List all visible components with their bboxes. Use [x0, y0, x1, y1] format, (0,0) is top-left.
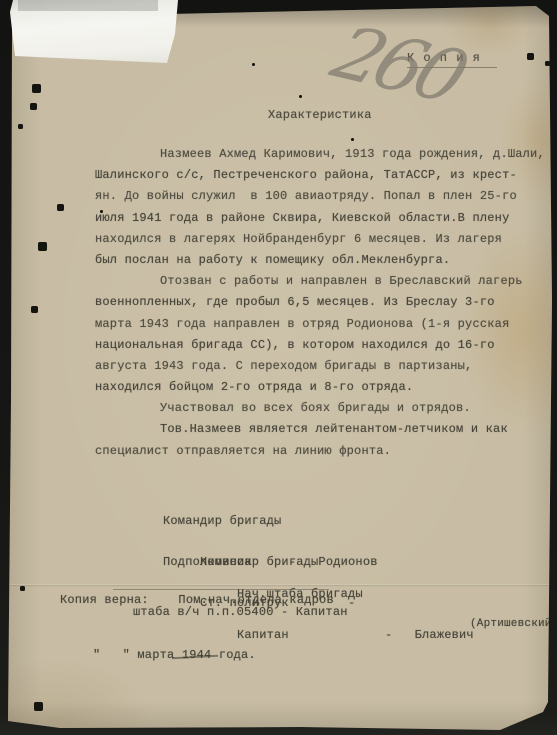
document-text-line: Отозван с работы и направлен в Бреславск…: [95, 274, 535, 295]
paper-holes-and-specks: [0, 0, 1, 1]
document-text-line: находился в лагерях Нойбранденбург 6 мес…: [95, 232, 535, 253]
signature-role: Командир бригады: [163, 514, 378, 527]
paper-sheet: К о п и я Характеристика Назмеев Ахмед К…: [0, 0, 557, 735]
document-text-line: был послан на работу к помещику обл.Мекл…: [95, 253, 535, 274]
document-text-line: специалист отправляется на линию фронта.: [95, 444, 535, 465]
document-text-line: ян. До войны служил в 100 авиаотряду. По…: [95, 189, 535, 210]
document-title: Характеристика: [268, 108, 372, 122]
document-text-line: военнопленных, где пробыл 6,5 месяцев. И…: [95, 295, 535, 316]
document-text-line: марта 1943 года направлен в отряд Родион…: [95, 317, 535, 338]
document-text-line: национальная бригада СС), в котором нахо…: [95, 338, 535, 359]
document-text-line: находился бойцом 2-го отряда и 8-го отря…: [95, 380, 535, 401]
scanned-document-photo: К о п и я Характеристика Назмеев Ахмед К…: [0, 0, 557, 735]
document-text-line: августа 1943 года. С переходом бригады в…: [95, 359, 535, 380]
certification-line-2: штаба в/ч п.п.05400 - Капитан: [133, 605, 348, 619]
signature-rank-name: Капитан - Блажевич: [237, 628, 474, 642]
document-text-line: Тов.Назмеев является лейтенантом-летчико…: [95, 422, 535, 443]
document-text-line: Участвовал во всех боях бригады и отрядо…: [95, 401, 535, 422]
tape-label: [10, 0, 180, 66]
document-text-line: Назмеев Ахмед Каримович, 1913 года рожде…: [95, 147, 535, 168]
document-text-line: Шалинского с/с, Пестреченского района, Т…: [95, 168, 535, 189]
certification-signature-name: (Артишевский): [470, 618, 557, 630]
date-line: " " марта 1944 года.: [93, 648, 256, 662]
document-text-line: июля 1941 года в районе Сквира, Киевской…: [95, 211, 535, 232]
certification-rule-line: [113, 589, 329, 590]
document-body: Назмеев Ахмед Каримович, 1913 года рожде…: [95, 147, 535, 465]
